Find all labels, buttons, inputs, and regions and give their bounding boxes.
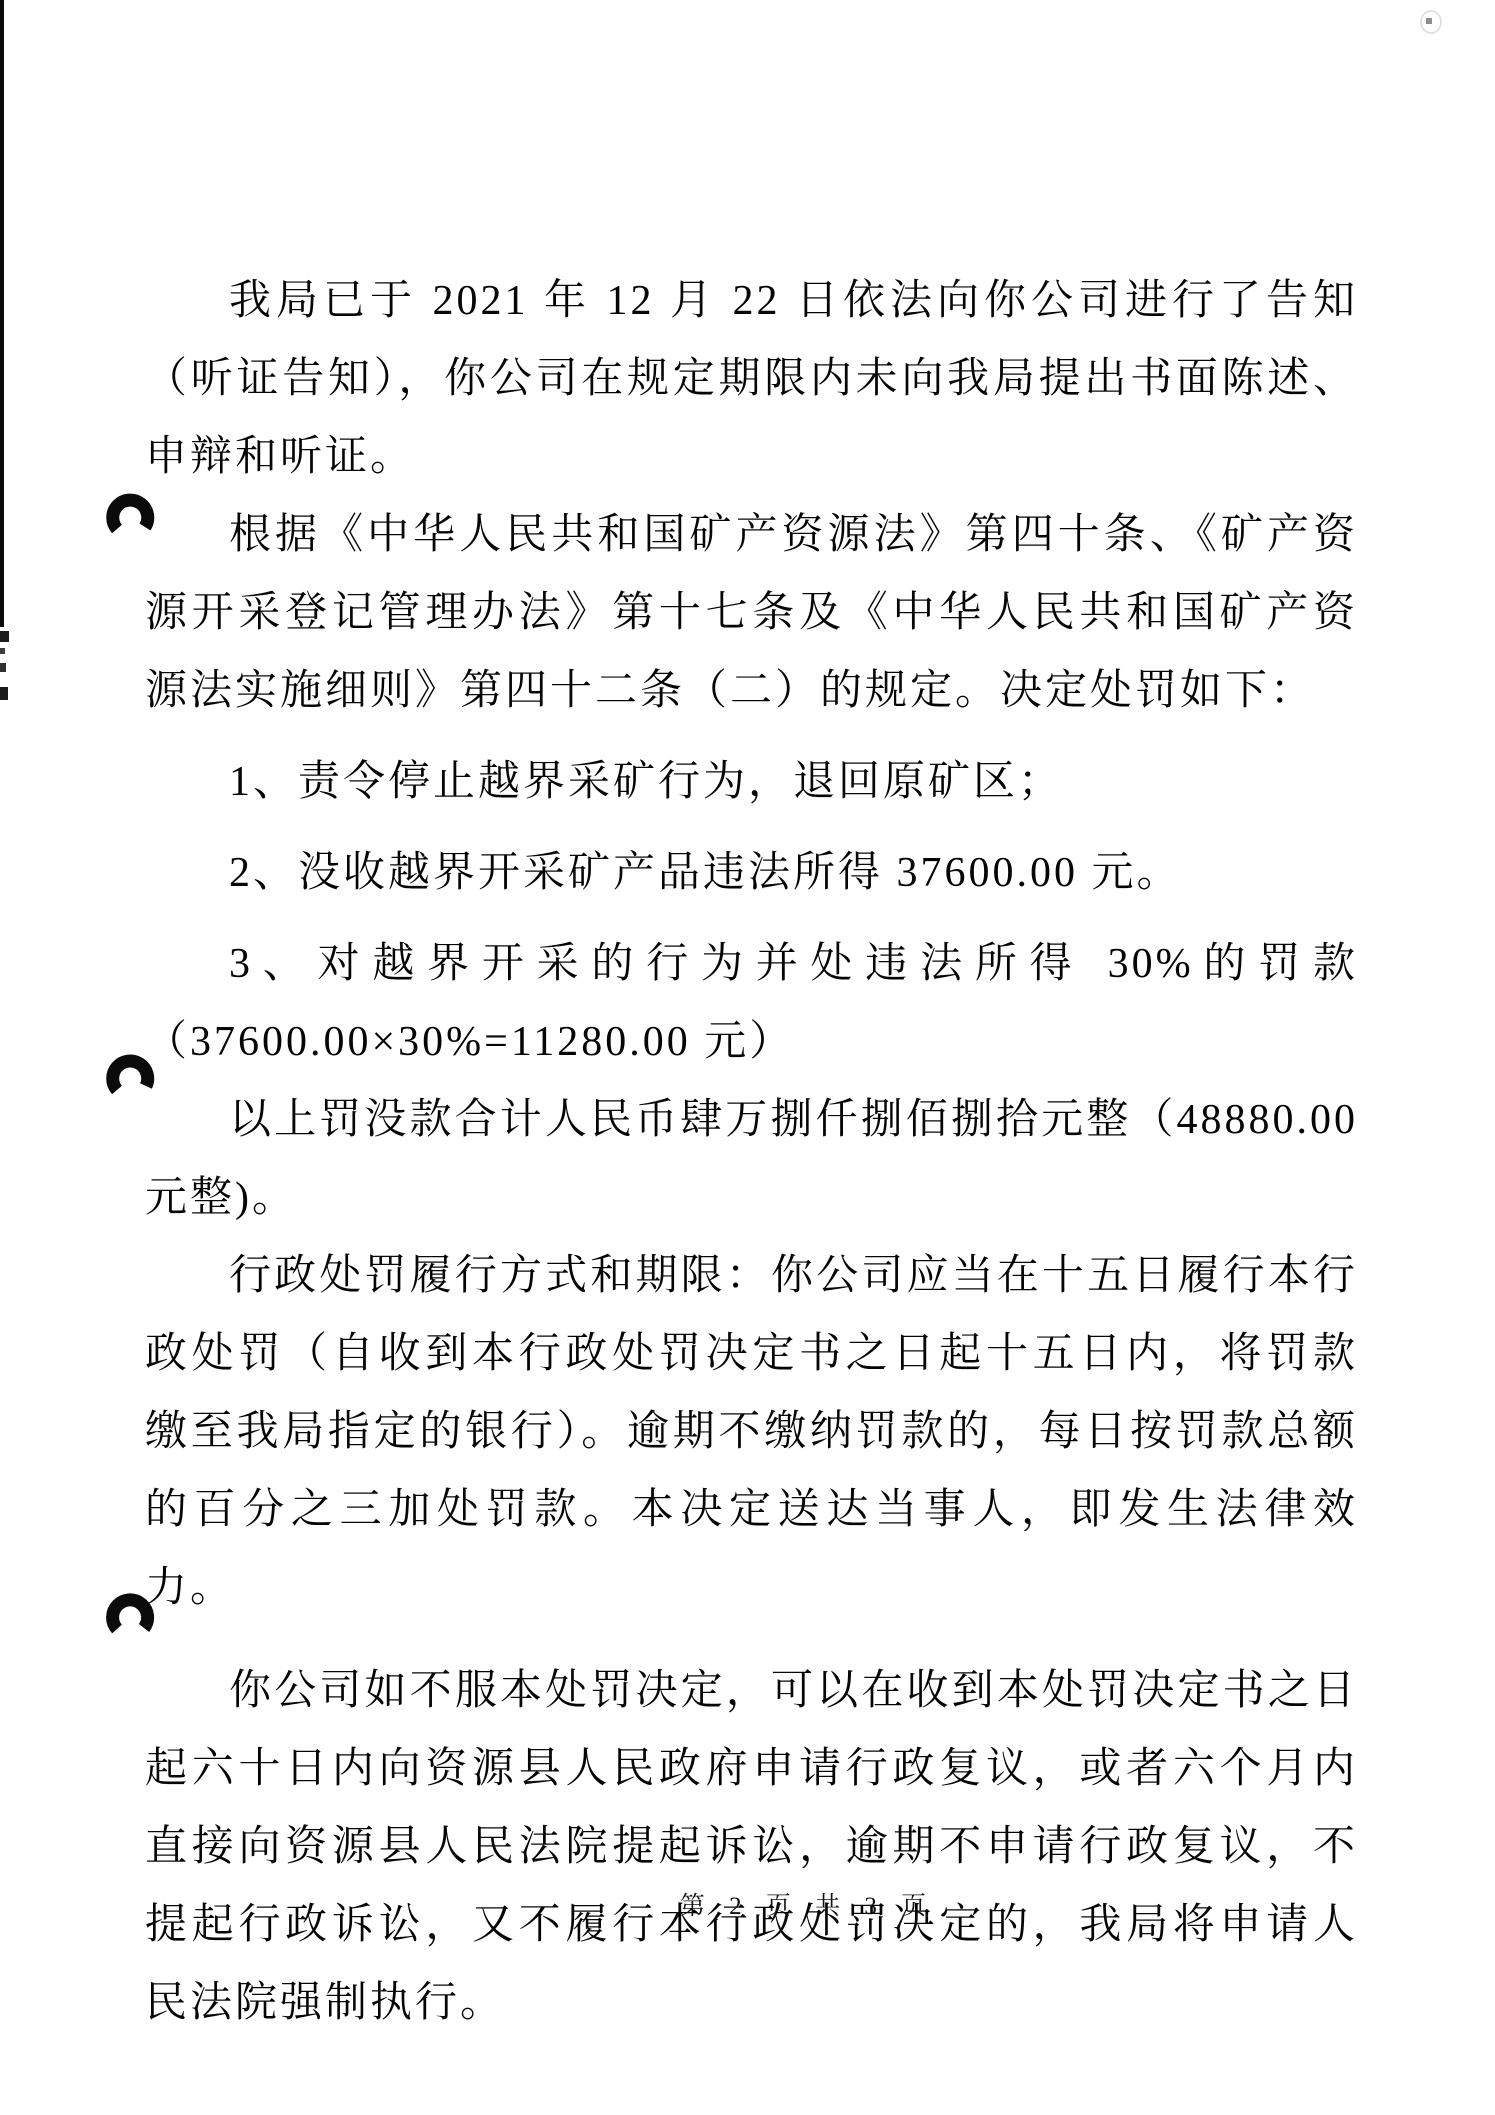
- paragraph-payment-terms: 行政处罚履行方式和期限：你公司应当在十五日履行本行政处罚（自收到本行政处罚决定书…: [145, 1237, 1358, 1627]
- penalty-item-2: 2、没收越界开采矿产品违法所得 37600.00 元。: [145, 834, 1358, 912]
- penalty-item-1: 1、责令停止越界采矿行为，退回原矿区；: [145, 743, 1358, 821]
- scan-edge-line: [0, 0, 4, 627]
- paragraph-hearing-notice: 我局已于 2021 年 12 月 22 日依法向你公司进行了告知（听证告知），你…: [145, 262, 1358, 496]
- scan-edge-tick: [0, 631, 9, 642]
- scanned-document-page: { "page": { "paper_color": "#ffffff", "i…: [0, 0, 1495, 2115]
- scan-edge-tick: [0, 663, 6, 672]
- scan-smudge: [1420, 10, 1442, 34]
- scan-edge-tick: [0, 687, 8, 700]
- paragraph-appeal-rights: 你公司如不服本处罚决定，可以在收到本处罚决定书之日起六十日内向资源县人民政府申请…: [145, 1652, 1358, 2042]
- paragraph-legal-basis: 根据《中华人民共和国矿产资源法》第四十条、《矿产资源开采登记管理办法》第十七条及…: [145, 496, 1358, 730]
- paragraph-total-amount: 以上罚没款合计人民币肆万捌仟捌佰捌拾元整（48880.00 元整)。: [145, 1081, 1358, 1237]
- page-footer: 第 2 页 共 3 页: [0, 1886, 1495, 1922]
- document-body: 我局已于 2021 年 12 月 22 日依法向你公司进行了告知（听证告知），你…: [145, 262, 1358, 2042]
- penalty-item-3: 3、对越界开采的行为并处违法所得 30%的罚款（37600.00×30%=112…: [145, 925, 1358, 1081]
- scan-edge-tick: [0, 648, 5, 654]
